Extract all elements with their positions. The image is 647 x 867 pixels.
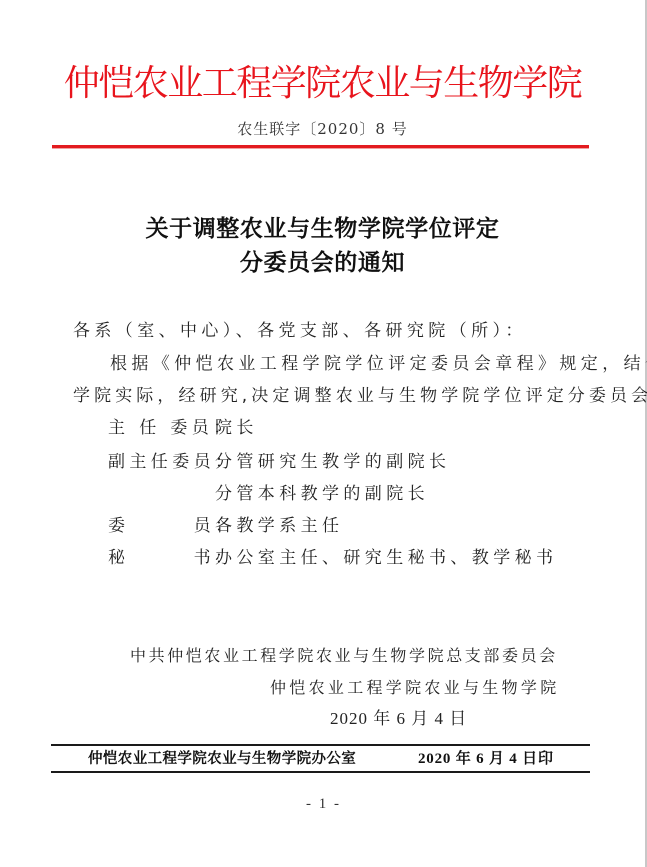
member-value-deputy-director-2: 分管本科教学的副院长 (215, 482, 429, 506)
issuer-title: 仲恺农业工程学院农业与生物学院 (0, 60, 645, 108)
member-value-secretary: 办公室主任、研究生秘书、教学秘书 (215, 546, 557, 570)
member-value-director: 院长 (215, 416, 258, 440)
salutation: 各系（室、中心）、各党支部、各研究院（所）： (73, 319, 527, 343)
paragraph-line-1: 根据《仲恺农业工程学院学位评定委员会章程》规定，结合 (110, 352, 647, 376)
signature-party-committee: 中共仲恺农业工程学院农业与生物学院总支部委员会 (130, 645, 558, 667)
footer-issuing-office: 仲恺农业工程学院农业与生物学院办公室 (88, 749, 356, 769)
notice-title-line-1: 关于调整农业与生物学院学位评定 (0, 214, 645, 244)
member-value-members: 各教学系主任 (215, 514, 343, 538)
red-divider (52, 145, 589, 148)
page-number: - 1 - (0, 794, 645, 814)
footer-top-rule (51, 744, 590, 746)
footer-print-date: 2020 年 6 月 4 日印 (418, 749, 554, 769)
signature-date: 2020 年 6 月 4 日 (330, 708, 467, 730)
footer-bottom-rule (51, 771, 590, 773)
member-value-deputy-director-1: 分管研究生教学的副院长 (215, 450, 450, 474)
signature-college: 仲恺农业工程学院农业与生物学院 (270, 677, 560, 699)
document-page: 仲恺农业工程学院农业与生物学院 农生联字〔2020〕8 号 关于调整农业与生物学… (0, 0, 647, 867)
notice-title-line-2: 分委员会的通知 (0, 248, 645, 278)
document-number: 农生联字〔2020〕8 号 (0, 119, 645, 139)
paragraph-line-2: 学院实际，经研究,决定调整农业与生物学院学位评定分委员会。 (73, 384, 647, 408)
